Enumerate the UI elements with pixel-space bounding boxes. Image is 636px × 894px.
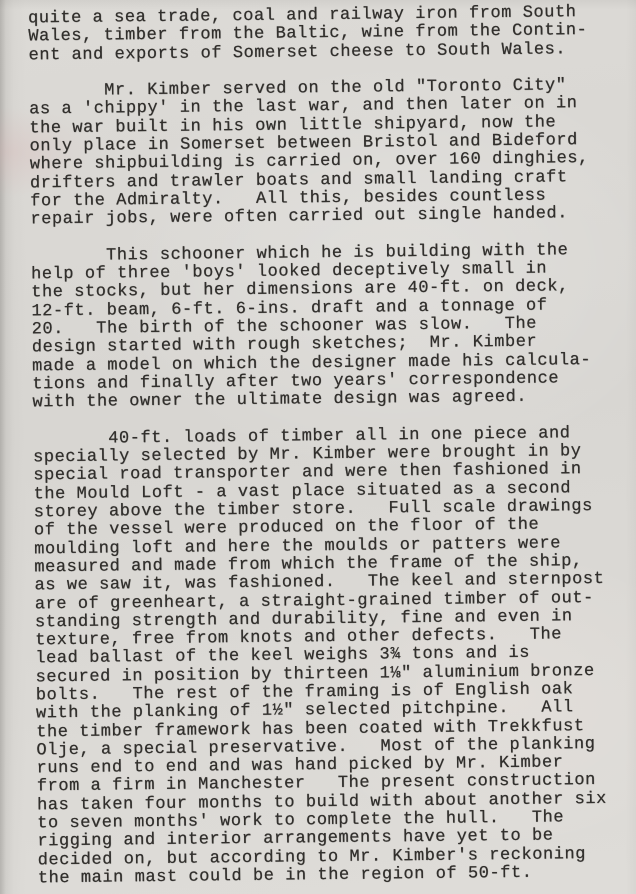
paragraph-1: quite a sea trade, coal and railway iron…	[28, 4, 624, 66]
document-page: quite a sea trade, coal and railway iron…	[0, 0, 636, 894]
text-line: with the owner the ultimate design was a…	[32, 388, 627, 413]
text-line: repair jobs, were often carried out sing…	[30, 205, 625, 230]
paragraph-2: Mr. Kimber served on the old "Toronto Ci…	[29, 77, 626, 230]
paragraph-3: This schooner which he is building with …	[31, 241, 628, 412]
paragraph-4: 40-ft. loads of timber all in one piece …	[33, 424, 633, 888]
typewritten-text-block: quite a sea trade, coal and railway iron…	[28, 4, 633, 889]
